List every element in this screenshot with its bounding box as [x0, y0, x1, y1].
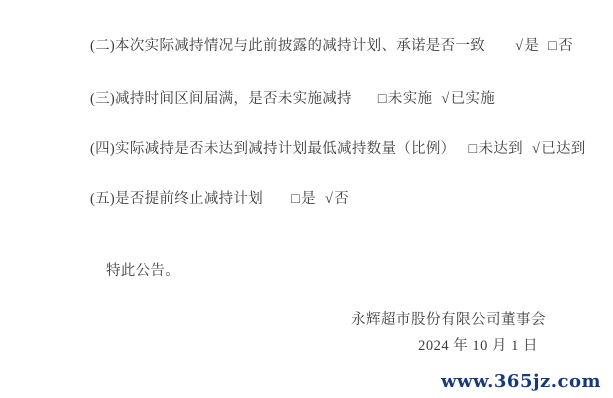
date-line: 2024 年 10 月 1 日 [418, 334, 538, 355]
question-text: (四)实际减持是否未达到减持计划最低减持数量（比例） [90, 141, 455, 157]
answer-options: □未实施√已实施 [378, 87, 495, 108]
option-label: 已达到 [541, 141, 585, 157]
check-mark-icon: √ [532, 141, 540, 158]
checkbox-empty-icon: □ [548, 38, 557, 55]
option-no: √否 [325, 187, 349, 208]
option-no: □否 [548, 34, 573, 55]
question-text: (二)本次实际减持情况与此前披露的减持计划、承诺是否一致 [90, 38, 485, 54]
watermark-link[interactable]: www.365jz.com [441, 371, 601, 392]
check-mark-icon: √ [441, 91, 449, 108]
signature-line: 永辉超市股份有限公司董事会 [351, 308, 546, 329]
closing-statement: 特此公告。 [106, 259, 180, 280]
option-label: 否 [334, 191, 349, 207]
checkbox-empty-icon: □ [378, 91, 387, 108]
announcement-document: (二)本次实际减持情况与此前披露的减持计划、承诺是否一致√是□否 (三)减持时间… [0, 0, 613, 398]
option-not-reached: □未达到 [468, 137, 522, 158]
option-not-implemented: □未实施 [378, 87, 432, 108]
check-mark-icon: √ [515, 38, 523, 55]
option-label: 是 [301, 191, 316, 207]
option-yes: √是 [515, 34, 539, 55]
answer-options: □未达到√已达到 [468, 137, 585, 158]
option-label: 是 [524, 38, 539, 54]
check-mark-icon: √ [325, 191, 333, 208]
option-yes: □是 [291, 187, 316, 208]
checklist-item-5: (五)是否提前终止减持计划□是√否 [90, 187, 349, 208]
question-text: (五)是否提前终止减持计划 [90, 191, 263, 207]
checklist-item-2: (二)本次实际减持情况与此前披露的减持计划、承诺是否一致√是□否 [90, 34, 573, 55]
option-label: 未达到 [479, 141, 523, 157]
option-label: 已实施 [451, 91, 495, 107]
checklist-item-3: (三)减持时间区间届满，是否未实施减持□未实施√已实施 [90, 87, 495, 108]
option-label: 未实施 [388, 91, 432, 107]
checkbox-empty-icon: □ [468, 141, 477, 158]
answer-options: □是√否 [291, 187, 349, 208]
checklist-item-4: (四)实际减持是否未达到减持计划最低减持数量（比例）□未达到√已达到 [90, 137, 586, 158]
checkbox-empty-icon: □ [291, 191, 300, 208]
question-text: (三)减持时间区间届满，是否未实施减持 [90, 91, 352, 107]
answer-options: √是□否 [515, 34, 573, 55]
option-reached: √已达到 [532, 137, 586, 158]
option-label: 否 [558, 38, 573, 54]
option-implemented: √已实施 [441, 87, 495, 108]
